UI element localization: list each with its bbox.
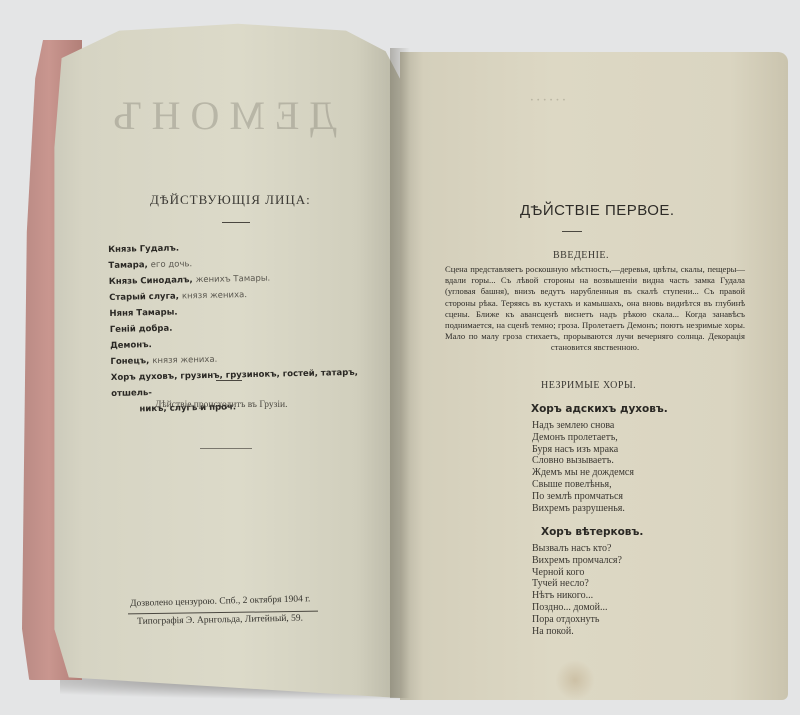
- act-title: ДѢЙСТВІЕ ПЕРВОЕ.: [520, 202, 675, 219]
- verse-line: Вихремъ промчался?: [532, 555, 622, 567]
- cast-heading: ДѢЙСТВУЮЩІЯ ЛИЦА:: [150, 192, 311, 208]
- verse-block: Надъ землею снова Демонъ пролетаетъ, Бур…: [532, 420, 634, 514]
- stage-direction: Сцена представляетъ роскошную мѣстность,…: [445, 264, 745, 354]
- verse-line: Демонъ пролетаетъ,: [532, 432, 634, 444]
- verse-line: Вихремъ разрушенья.: [532, 503, 634, 515]
- chorus-heading: НЕЗРИМЫЕ ХОРЫ.: [541, 380, 636, 391]
- divider: [222, 222, 250, 223]
- intro-title: ВВЕДЕНІЕ.: [553, 250, 609, 261]
- divider: [216, 380, 242, 381]
- cast-list: Князь Гудалъ. Тамара, его дочь. Князь Си…: [108, 236, 402, 418]
- setting-note: Дѣйствіе происходитъ въ Грузіи.: [155, 400, 287, 410]
- choir-title: Хоръ адскихъ духовъ.: [531, 403, 668, 415]
- verse-line: Словно вызываетъ.: [532, 455, 634, 467]
- showthrough-text: · · · · · ·: [530, 94, 566, 106]
- verse-line: Ждемъ мы не дождемся: [532, 467, 634, 479]
- verse-line: Свыше повелѣнья,: [532, 479, 634, 491]
- verse-line: Тучей несло?: [532, 578, 622, 590]
- verse-line: Вызвалъ насъ кто?: [532, 543, 622, 555]
- verse-line: Черной кого: [532, 567, 622, 579]
- verse-line: На покой.: [532, 626, 622, 638]
- verse-block: Вызвалъ насъ кто? Вихремъ промчался? Чер…: [532, 543, 622, 637]
- verse-line: Пора отдохнуть: [532, 614, 622, 626]
- divider: [200, 448, 252, 449]
- showthrough-title: ДЕМОНЪ: [40, 92, 400, 139]
- verse-line: По землѣ промчаться: [532, 491, 634, 503]
- paper-stain: [555, 660, 595, 700]
- verse-line: Надъ землею снова: [532, 420, 634, 432]
- verse-line: Буря насъ изъ мрака: [532, 444, 634, 456]
- verse-line: Нѣтъ никого...: [532, 590, 622, 602]
- choir-title: Хоръ вѣтерковъ.: [541, 526, 643, 538]
- divider: [562, 231, 582, 232]
- verse-line: Поздно... домой...: [532, 602, 622, 614]
- book-photo: ДЕМОНЪ · · · · · · ДѢЙСТВУЮЩІЯ ЛИЦА: Кня…: [0, 0, 800, 715]
